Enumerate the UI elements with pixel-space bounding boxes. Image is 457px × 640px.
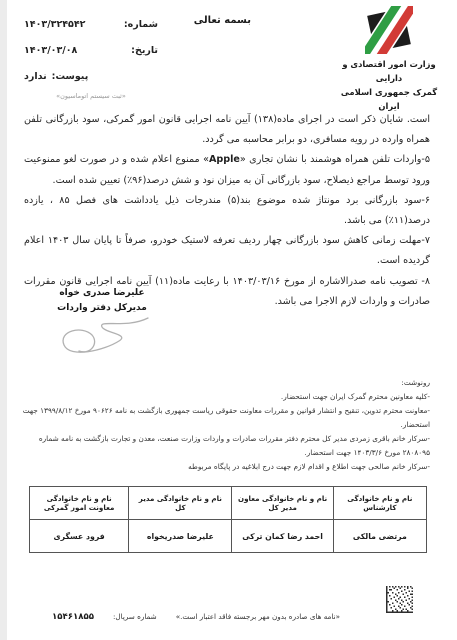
footer-line: «نامه های صادره بدون مهر برجسته فاقد اعت… [52, 612, 340, 622]
signature-block: علیرضا صدری خواه مدیرکل دفتر واردات [50, 286, 154, 359]
number-value: ۱۴۰۳/۳۲۴۵۴۲ [24, 12, 85, 38]
table-header-row: نام و نام خانوادگی کارشناس نام و نام خان… [30, 487, 427, 520]
signatories-table: نام و نام خانوادگی کارشناس نام و نام خان… [29, 486, 427, 553]
date-label: تاریخ: [131, 38, 158, 64]
attachment-value: ندارد [24, 64, 47, 90]
col-header-deputy-dg: نام و نام خانوادگی معاون مدیر کل [232, 487, 333, 520]
number-label: شماره: [124, 12, 158, 38]
scan-edge-strip [0, 0, 7, 640]
p2-pre: ۵-واردات تلفن همراه هوشمند با نشان تجاری… [240, 154, 430, 165]
col-header-director-general: نام و نام خانوادگی مدیر کل [129, 487, 232, 520]
col-header-customs-deputy: نام و نام خانوادگی معاونت امور گمرکی [30, 487, 129, 520]
copies-item: -سرکار خانم باقری زمردی مدیر کل محترم دف… [20, 432, 430, 460]
automation-note: «ثبت سیستم اتوماسیون» [24, 92, 158, 100]
attachment-row: پیوست: ندارد [24, 64, 158, 90]
attachment-label: پیوست: [52, 64, 89, 90]
signer-title: مدیرکل دفتر واردات [50, 301, 154, 316]
letter-number-row: شماره: ۱۴۰۳/۳۲۴۵۴۲ [24, 12, 158, 38]
handwritten-signature-icon [52, 313, 152, 359]
copies-label: رونوشت: [20, 376, 430, 390]
col-header-expert: نام و نام خانوادگی کارشناس [333, 487, 426, 520]
official-letter-page: شماره: ۱۴۰۳/۳۲۴۵۴۲ تاریخ: ۱۴۰۳/۰۳/۰۸ پیو… [0, 0, 457, 640]
bismillah-text: بسمه تعالی [194, 15, 251, 26]
letter-body: است. شایان ذکر است در اجرای ماده(۱۳۸) آی… [24, 110, 430, 312]
body-paragraph-1: است. شایان ذکر است در اجرای ماده(۱۳۸) آی… [24, 110, 430, 150]
serial-label: شماره سریال: [113, 612, 157, 621]
body-paragraph-2: ۵-واردات تلفن همراه هوشمند با نشان تجاری… [24, 150, 430, 190]
qr-code [386, 586, 413, 613]
apple-brand-text: Apple [209, 154, 240, 165]
organization-name: گمرک جمهوری اسلامی ایران [329, 85, 449, 113]
copies-item: -سرکار خانم صالحی جهت اطلاع و اقدام لازم… [20, 460, 430, 474]
customs-logo-icon [365, 6, 413, 54]
cell-deputy-dg-name: احمد رضا کمان ترکی [232, 520, 333, 553]
letter-meta: شماره: ۱۴۰۳/۳۲۴۵۴۲ تاریخ: ۱۴۰۳/۰۳/۰۸ پیو… [24, 12, 158, 100]
copies-item: -کلیه معاونین محترم گمرک ایران جهت استحض… [20, 390, 430, 404]
date-value: ۱۴۰۳/۰۳/۰۸ [24, 38, 77, 64]
table-row: مرتضی مالکی احمد رضا کمان ترکی علیرضا صد… [30, 520, 427, 553]
letterhead: وزارت امور اقتصادی و دارایی گمرک جمهوری … [329, 6, 449, 113]
copies-item: -معاونت محترم تدوین، تنقیح و انتشار قوان… [20, 404, 430, 432]
body-paragraph-4: ۷-مهلت زمانی کاهش سود بازرگانی چهار ردیف… [24, 231, 430, 271]
cell-customs-deputy-name: فرود عسگری [30, 520, 129, 553]
body-paragraph-3: ۶-سود بازرگانی برد مونتاژ شده موضوع بند(… [24, 191, 430, 231]
validity-notice: «نامه های صادره بدون مهر برجسته فاقد اعت… [176, 612, 340, 621]
ministry-name: وزارت امور اقتصادی و دارایی [329, 57, 449, 85]
letter-date-row: تاریخ: ۱۴۰۳/۰۳/۰۸ [24, 38, 158, 64]
cell-expert-name: مرتضی مالکی [333, 520, 426, 553]
serial-value: ۱۵۴۶۱۸۵۵ [52, 612, 94, 622]
copies-section: رونوشت: -کلیه معاونین محترم گمرک ایران ج… [20, 376, 430, 474]
signer-name: علیرضا صدری خواه [50, 286, 154, 301]
cell-director-general-name: علیرضا صدریخواه [129, 520, 232, 553]
